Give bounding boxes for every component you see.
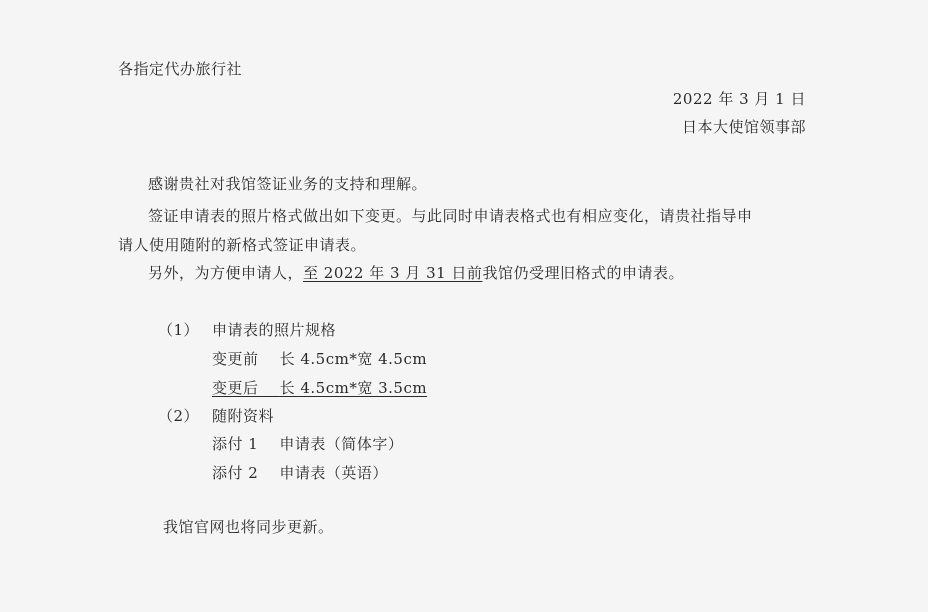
attachment-2: 添付 2 申请表（英语）	[212, 463, 388, 483]
item-1-after: 变更后 长 4.5cm*宽 3.5cm	[212, 378, 427, 398]
paragraph-thanks: 感谢贵社对我馆签证业务的支持和理解。	[148, 174, 427, 194]
closing-note: 我馆官网也将同步更新。	[163, 517, 334, 537]
paragraph-change-line1: 签证申请表的照片格式做出如下变更。与此同时申请表格式也有相应变化，请贵社指导申	[148, 206, 753, 226]
deadline-suffix: 我馆仍受理旧格式的申请表。	[482, 264, 684, 282]
sender: 日本大使馆领事部	[682, 117, 806, 137]
deadline-date: 至 2022 年 3 月 31 日前	[303, 264, 482, 282]
item-2-number: （2）	[158, 406, 199, 426]
attachment-1: 添付 1 申请表（简体字）	[212, 434, 403, 454]
attachment-1-label: 添付 1	[212, 435, 258, 453]
attachment-2-label: 添付 2	[212, 464, 258, 482]
deadline-prefix: 另外，为方便申请人，	[148, 264, 303, 282]
paragraph-deadline: 另外，为方便申请人，至 2022 年 3 月 31 日前我馆仍受理旧格式的申请表…	[148, 263, 684, 283]
paragraph-change-line2: 请人使用随附的新格式签证申请表。	[118, 235, 366, 255]
letter-date: 2022 年 3 月 1 日	[673, 89, 806, 109]
item-1-title: 申请表的照片规格	[212, 320, 336, 340]
after-label: 变更后	[212, 379, 259, 397]
item-2-title: 随附资料	[212, 406, 274, 426]
attachment-2-value: 申请表（英语）	[279, 464, 388, 482]
addressee: 各指定代办旅行社	[118, 59, 242, 79]
before-value: 长 4.5cm*宽 4.5cm	[280, 350, 428, 368]
attachment-1-value: 申请表（简体字）	[279, 435, 403, 453]
after-value: 长 4.5cm*宽 3.5cm	[280, 379, 428, 397]
item-1-before: 变更前 长 4.5cm*宽 4.5cm	[212, 349, 427, 369]
letter-page: 各指定代办旅行社 2022 年 3 月 1 日 日本大使馆领事部 感谢贵社对我馆…	[0, 0, 928, 612]
before-label: 变更前	[212, 350, 259, 368]
item-1-number: （1）	[158, 320, 199, 340]
